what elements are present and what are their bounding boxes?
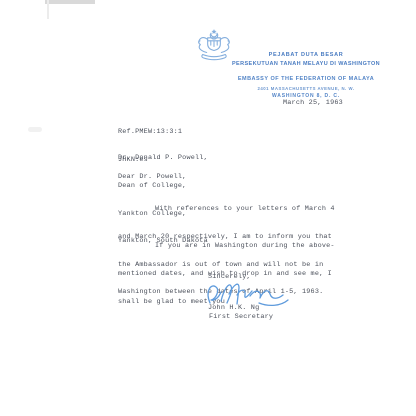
scan-artifact-smudge [28,127,42,132]
scan-artifact-edge-line [47,0,49,19]
signer-title: First Secretary [209,313,273,322]
letterhead-federation-malay: PERSEKUTUAN TANAH MELAYU DI WASHINGTON [221,61,391,67]
body-line: With references to your letters of March… [118,205,335,214]
scanned-letter-page: PEJABAT DUTA BESAR PERSEKUTUAN TANAH MEL… [0,0,416,416]
letterhead: PEJABAT DUTA BESAR PERSEKUTUAN TANAH MEL… [221,52,391,99]
letterhead-city: WASHINGTON 8, D. C. [221,93,391,99]
body-line: If you are in Washington during the abov… [118,242,335,251]
letter-date: March 25, 1963 [283,99,343,108]
scan-artifact-top-bar [45,0,95,4]
recipient-name: Dr. Donald P. Powell, [118,154,208,163]
letterhead-office-name-malay: PEJABAT DUTA BESAR [221,52,391,58]
letterhead-embassy-name: EMBASSY OF THE FEDERATION OF MALAYA [221,76,391,82]
letterhead-street-address: 2401 MASSACHUSETTS AVENUE, N. W. [221,86,391,91]
salutation: Dear Dr. Powell, [118,173,186,182]
